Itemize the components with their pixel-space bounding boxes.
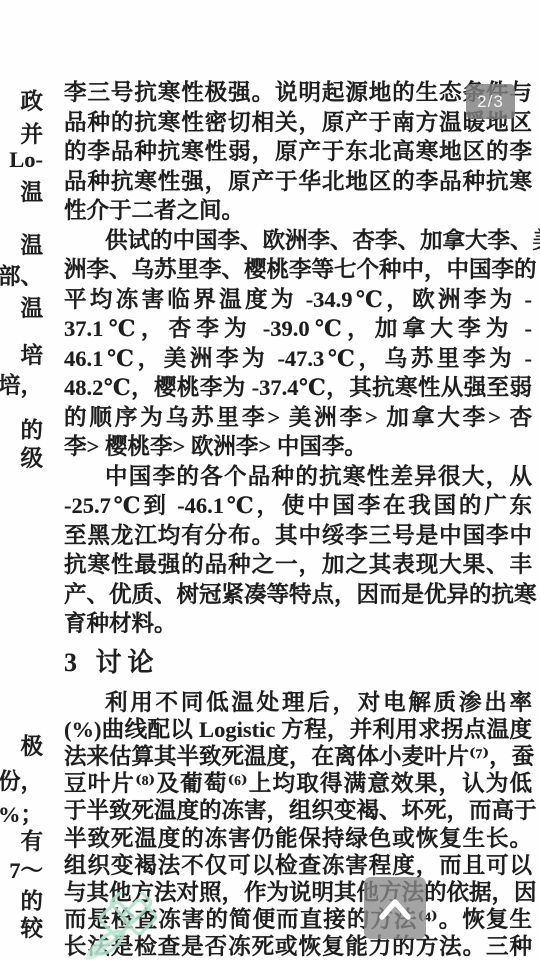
- document-page: 李三号抗寒性极强。说明起源地的生态条件与 品种的抗寒性密切相关，原产于南方温暖地…: [64, 78, 532, 960]
- paragraph: 供试的中国李、欧洲李、杏李、加拿大李、美 洲李、乌苏里李、樱桃李等七个种中，中国…: [64, 226, 532, 462]
- document-viewer-screen: 政 并 Lo- 温 温 部、 温 培 培， 的 级 极 份， %； 有 7～ 的…: [0, 0, 540, 960]
- text-line: 37.1℃，杏李为 -39.0℃，加拿大李为 -: [64, 314, 532, 344]
- text-line: 品种的抗寒性密切相关，原产于南方温暖地区: [64, 108, 532, 138]
- text-line: 供试的中国李、欧洲李、杏李、加拿大李、美: [64, 226, 532, 256]
- page-indicator-badge: 2/3: [466, 84, 515, 119]
- text-line: 产、优质、树冠紧凑等特点，因而是优异的抗寒: [64, 580, 532, 610]
- left-column-fragment: 7～: [9, 853, 43, 885]
- text-line: (%)曲线配以 Logistic 方程，并利用求拐点温度: [64, 716, 532, 743]
- text-line: 与其他方法对照，作为说明其他方法的依据，因: [64, 879, 532, 906]
- text-line: 利用不同低温处理后，对电解质渗出率: [64, 689, 532, 716]
- text-line: 至黑龙江均有分布。其中绥李三号是中国李中: [64, 521, 532, 551]
- text-line: 平均冻害临界温度为 -34.9℃，欧洲李为 -: [64, 285, 532, 315]
- left-column-fragment: 级: [20, 441, 43, 473]
- left-column-fragment: Lo-: [9, 147, 43, 173]
- text-line: 于半致死温度的冻害，组织变褐、坏死，而高于: [64, 797, 532, 824]
- paragraph: 李三号抗寒性极强。说明起源地的生态条件与 品种的抗寒性密切相关，原产于南方温暖地…: [64, 78, 532, 226]
- paragraph: 中国李的各个品种的抗寒性差异很大，从 -25.7℃到 -46.1℃，使中国李在我…: [64, 462, 532, 639]
- left-column-fragment: 培: [20, 338, 43, 370]
- page-indicator-label: 2/3: [477, 92, 504, 112]
- text-line: -25.7℃到 -46.1℃，使中国李在我国的广东: [64, 491, 532, 521]
- left-column-fragment: 政: [20, 84, 43, 116]
- section-heading: 3 讨论: [64, 646, 532, 680]
- left-column-fragment: 并: [20, 117, 43, 149]
- text-line: 中国李的各个品种的抗寒性差异很大，从: [64, 462, 532, 492]
- text-line: 组织变褐法不仅可以检查冻害程度，而且可以: [64, 852, 532, 879]
- left-column-fragment: 部、: [0, 259, 43, 291]
- left-column-fragment: 培，: [0, 368, 43, 400]
- left-column-fragment: 温: [20, 175, 43, 207]
- paragraph: 利用不同低温处理后，对电解质渗出率 (%)曲线配以 Logistic 方程，并利…: [64, 689, 532, 960]
- text-line: 而是检查冻害的简便而直接的方法⁽⁴⁾。恢复生: [64, 906, 532, 933]
- text-line: 半致死温度的冻害仍能保持绿色或恢复生长。: [64, 825, 532, 852]
- text-line: 豆叶片⁽⁸⁾及葡萄⁽⁶⁾上均取得满意效果，认为低: [64, 770, 532, 797]
- text-line: 育种材料。: [64, 609, 532, 639]
- text-line: 性介于二者之间。: [64, 196, 532, 226]
- collapse-button[interactable]: [364, 877, 426, 939]
- chevron-up-icon: [375, 893, 415, 923]
- text-line: 法来估算其半致死温度，在离体小麦叶片⁽⁷⁾，蚕: [64, 743, 532, 770]
- left-column-strip: 政 并 Lo- 温 温 部、 温 培 培， 的 级 极 份， %； 有 7～ 的…: [0, 0, 47, 960]
- text-line: 46.1℃，美洲李为 -47.3℃，乌苏里李为 -: [64, 344, 532, 374]
- left-column-fragment: 有: [20, 824, 43, 856]
- left-column-fragment: 温: [20, 291, 43, 323]
- text-line: 48.2℃，樱桃李为 -37.4℃，其抗寒性从强至弱: [64, 373, 532, 403]
- left-column-fragment: 极: [20, 729, 43, 761]
- text-line: 品种抗寒性强，原产于华北地区的李品种抗寒: [64, 167, 532, 197]
- left-column-fragment: 温: [20, 228, 43, 260]
- text-line: 李三号抗寒性极强。说明起源地的生态条件与: [64, 78, 532, 108]
- text-line: 抗寒性最强的品种之一，加之其表现大果、丰: [64, 550, 532, 580]
- text-line: 的顺序为乌苏里李> 美洲李> 加拿大李> 杏: [64, 403, 532, 433]
- text-line: 李> 樱桃李> 欧洲李> 中国李。: [64, 432, 532, 462]
- text-line: 洲李、乌苏里李、樱桃李等七个种中，中国李的: [64, 255, 532, 285]
- text-line: 长法是检查是否冻死或恢复能力的方法。三种: [64, 933, 532, 960]
- left-column-fragment: 份，: [0, 764, 43, 796]
- text-line: 的李品种抗寒性弱，原产于东北高寒地区的李: [64, 137, 532, 167]
- left-column-fragment: 较: [20, 911, 43, 943]
